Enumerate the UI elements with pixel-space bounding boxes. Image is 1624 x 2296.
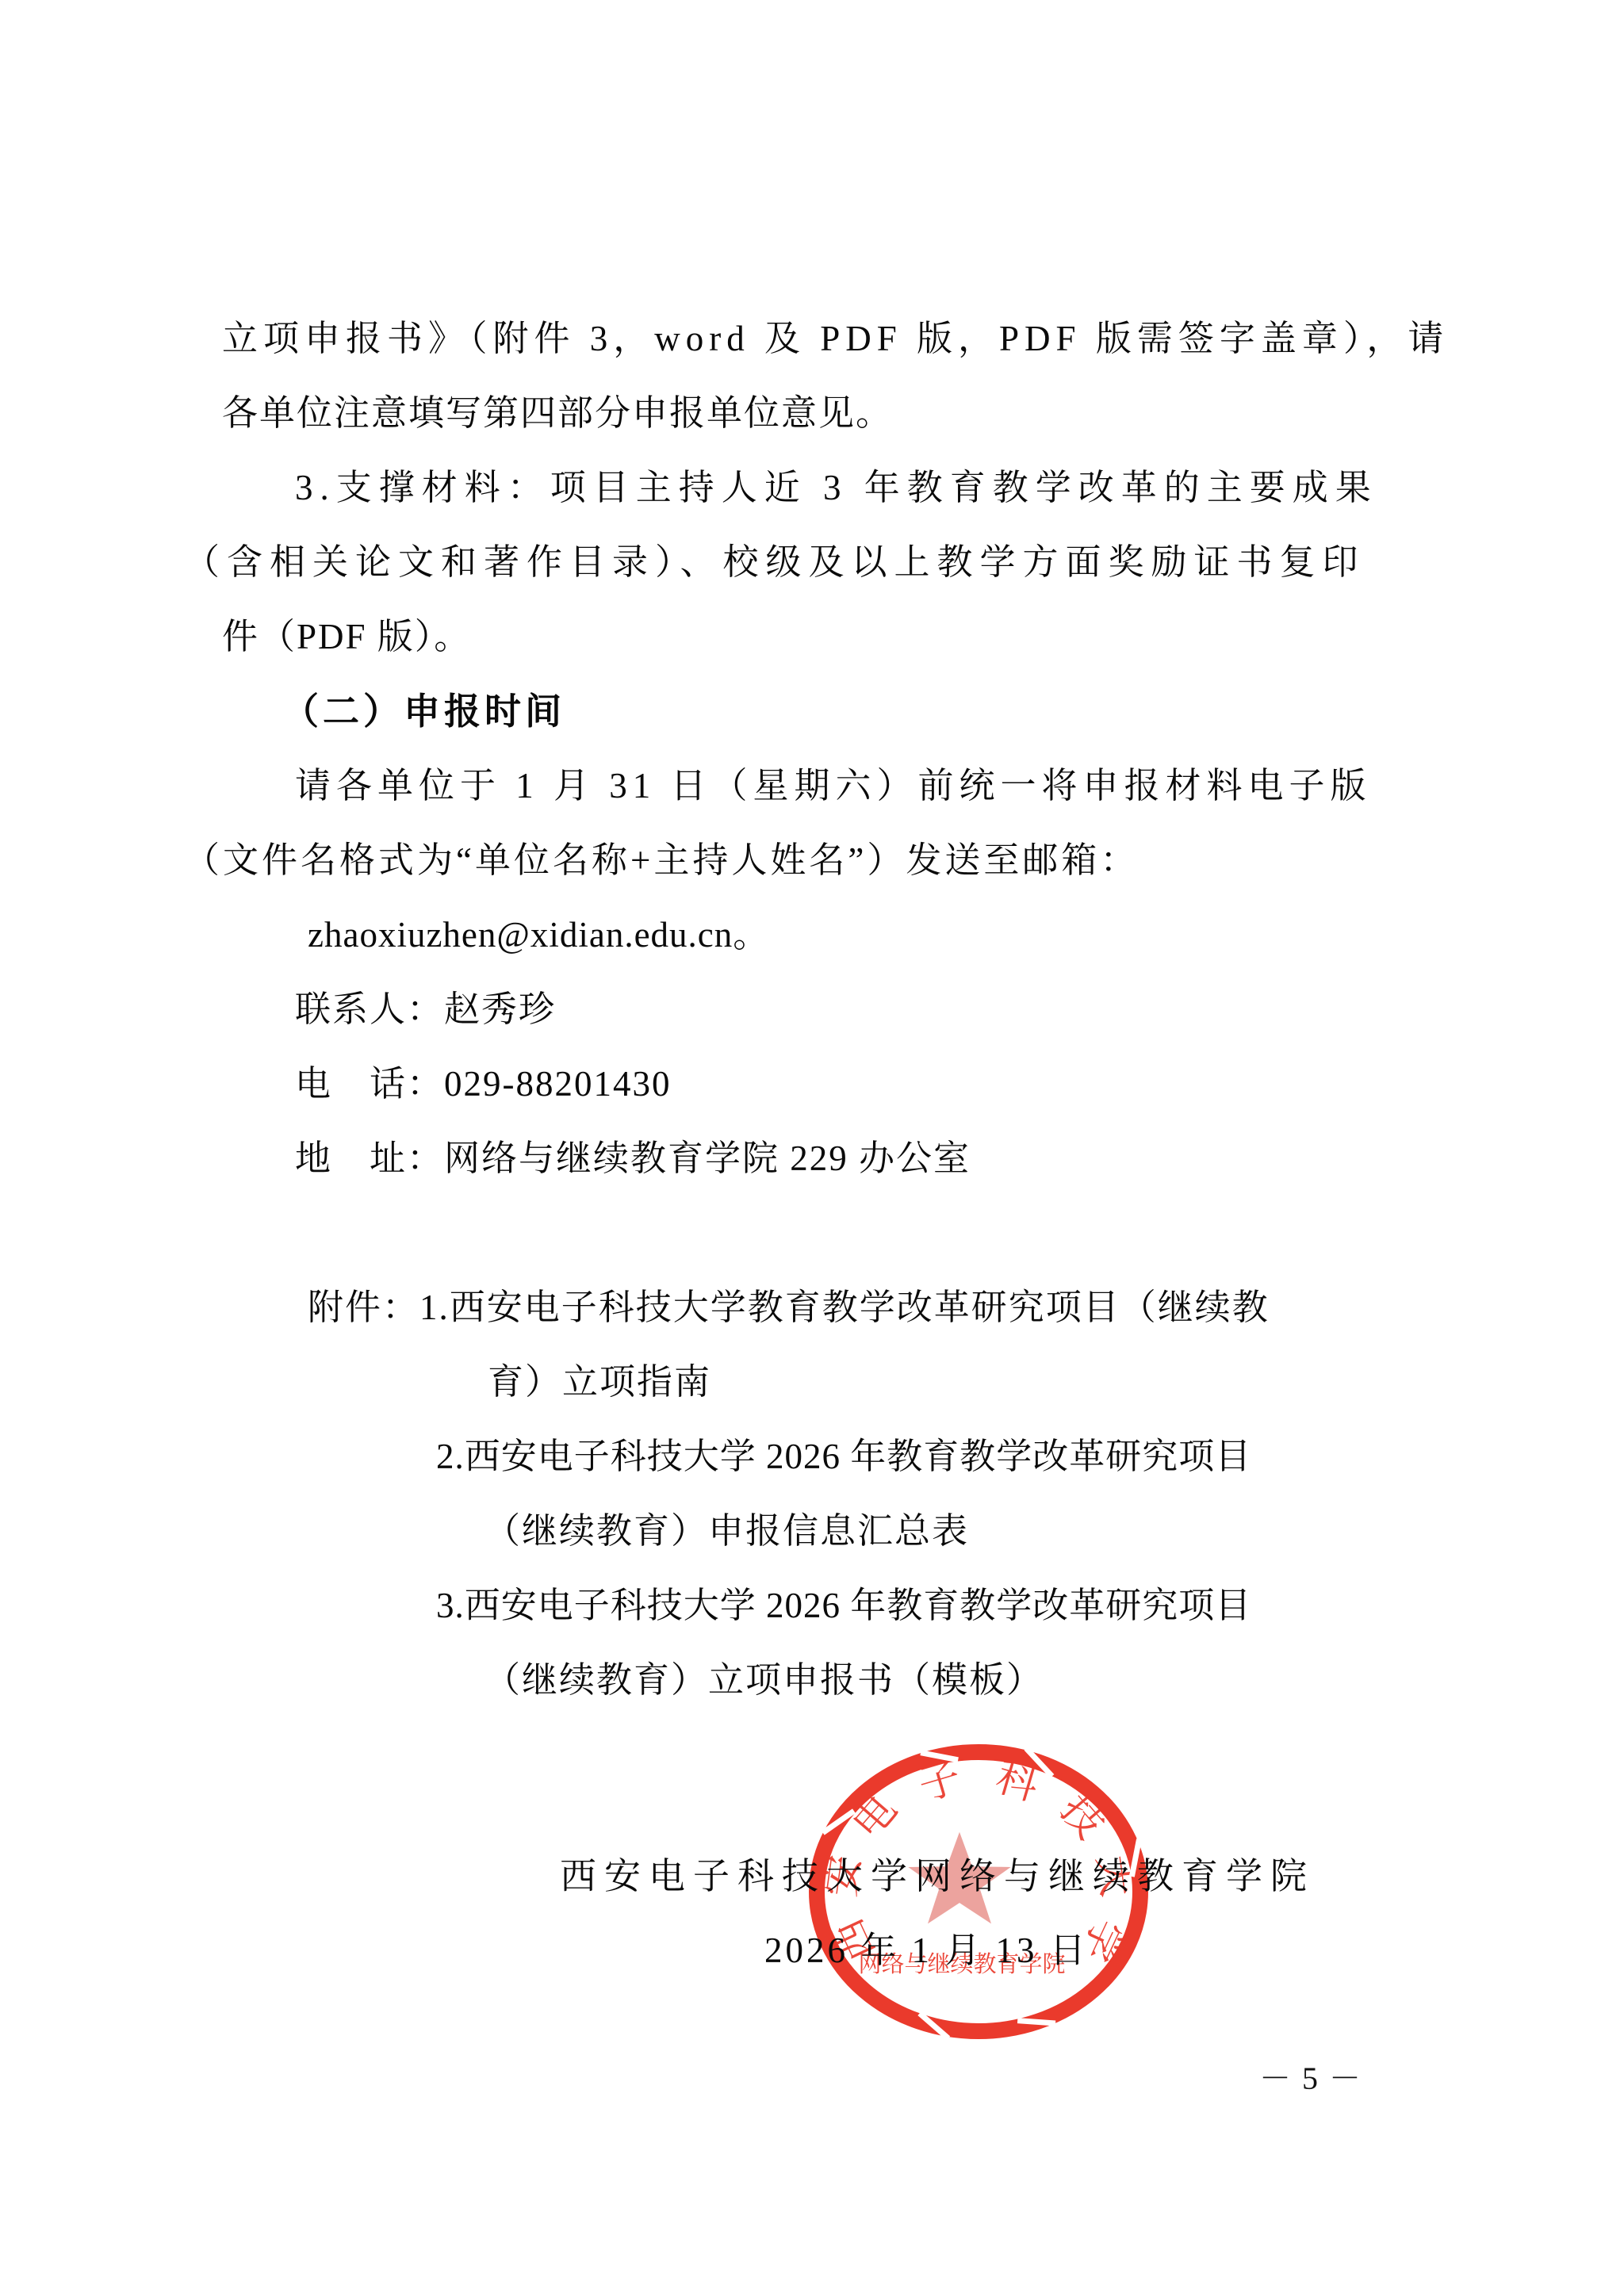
- body-line: 电 话：029-88201430: [295, 1047, 672, 1121]
- body-line: 3.西安电子科技大学 2026 年教育教学改革研究项目: [436, 1568, 1251, 1643]
- body-line: 附件：1.西安电子科技大学教育教学改革研究项目（继续教: [308, 1270, 1270, 1345]
- body-line: 联系人：赵秀珍: [295, 972, 556, 1047]
- body-line: 请各单位于 1 月 31 日（星期六）前统一将申报材料电子版: [295, 748, 1372, 823]
- body-line: 2.西安电子科技大学 2026 年教育教学改革研究项目: [436, 1419, 1251, 1494]
- body-line: （含相关论文和著作目录）、校级及以上教学方面奖励证书复印: [184, 525, 1365, 599]
- body-line: （继续教育）申报信息汇总表: [485, 1494, 969, 1568]
- body-line: （文件名格式为“单位名称+主持人姓名”）发送至邮箱：: [184, 823, 1139, 897]
- body-line: 3.支撑材料：项目主持人近 3 年教育教学改革的主要成果: [295, 450, 1378, 525]
- document-page: 西安电子科技大学 网络与继续教育学院 立项申报书》（附件 3，word 及 PD…: [0, 0, 1624, 2296]
- body-line: 各单位注意填写第四部分申报单位意见。: [222, 376, 893, 450]
- page-number: － 5 －: [1259, 2060, 1362, 2098]
- body-line: （继续教育）立项申报书（模板）: [485, 1643, 1044, 1717]
- body-line: 地 址：网络与继续教育学院 229 办公室: [295, 1121, 971, 1196]
- seal-cut-mark: [1017, 2021, 1055, 2023]
- body-line: zhaoxiuzhen@xidian.edu.cn。: [308, 897, 769, 972]
- section-heading: （二）申报时间: [282, 674, 565, 748]
- signature-org: 西安电子科技大学网络与继续教育学院: [560, 1839, 1315, 1914]
- body-line: 件（PDF 版）。: [222, 599, 471, 674]
- body-line: 立项申报书》（附件 3，word 及 PDF 版，PDF 版需签字盖章），请: [222, 301, 1449, 376]
- signature-date: 2026 年 1 月 13 日: [764, 1913, 1089, 1988]
- body-line: 育）立项指南: [488, 1345, 711, 1419]
